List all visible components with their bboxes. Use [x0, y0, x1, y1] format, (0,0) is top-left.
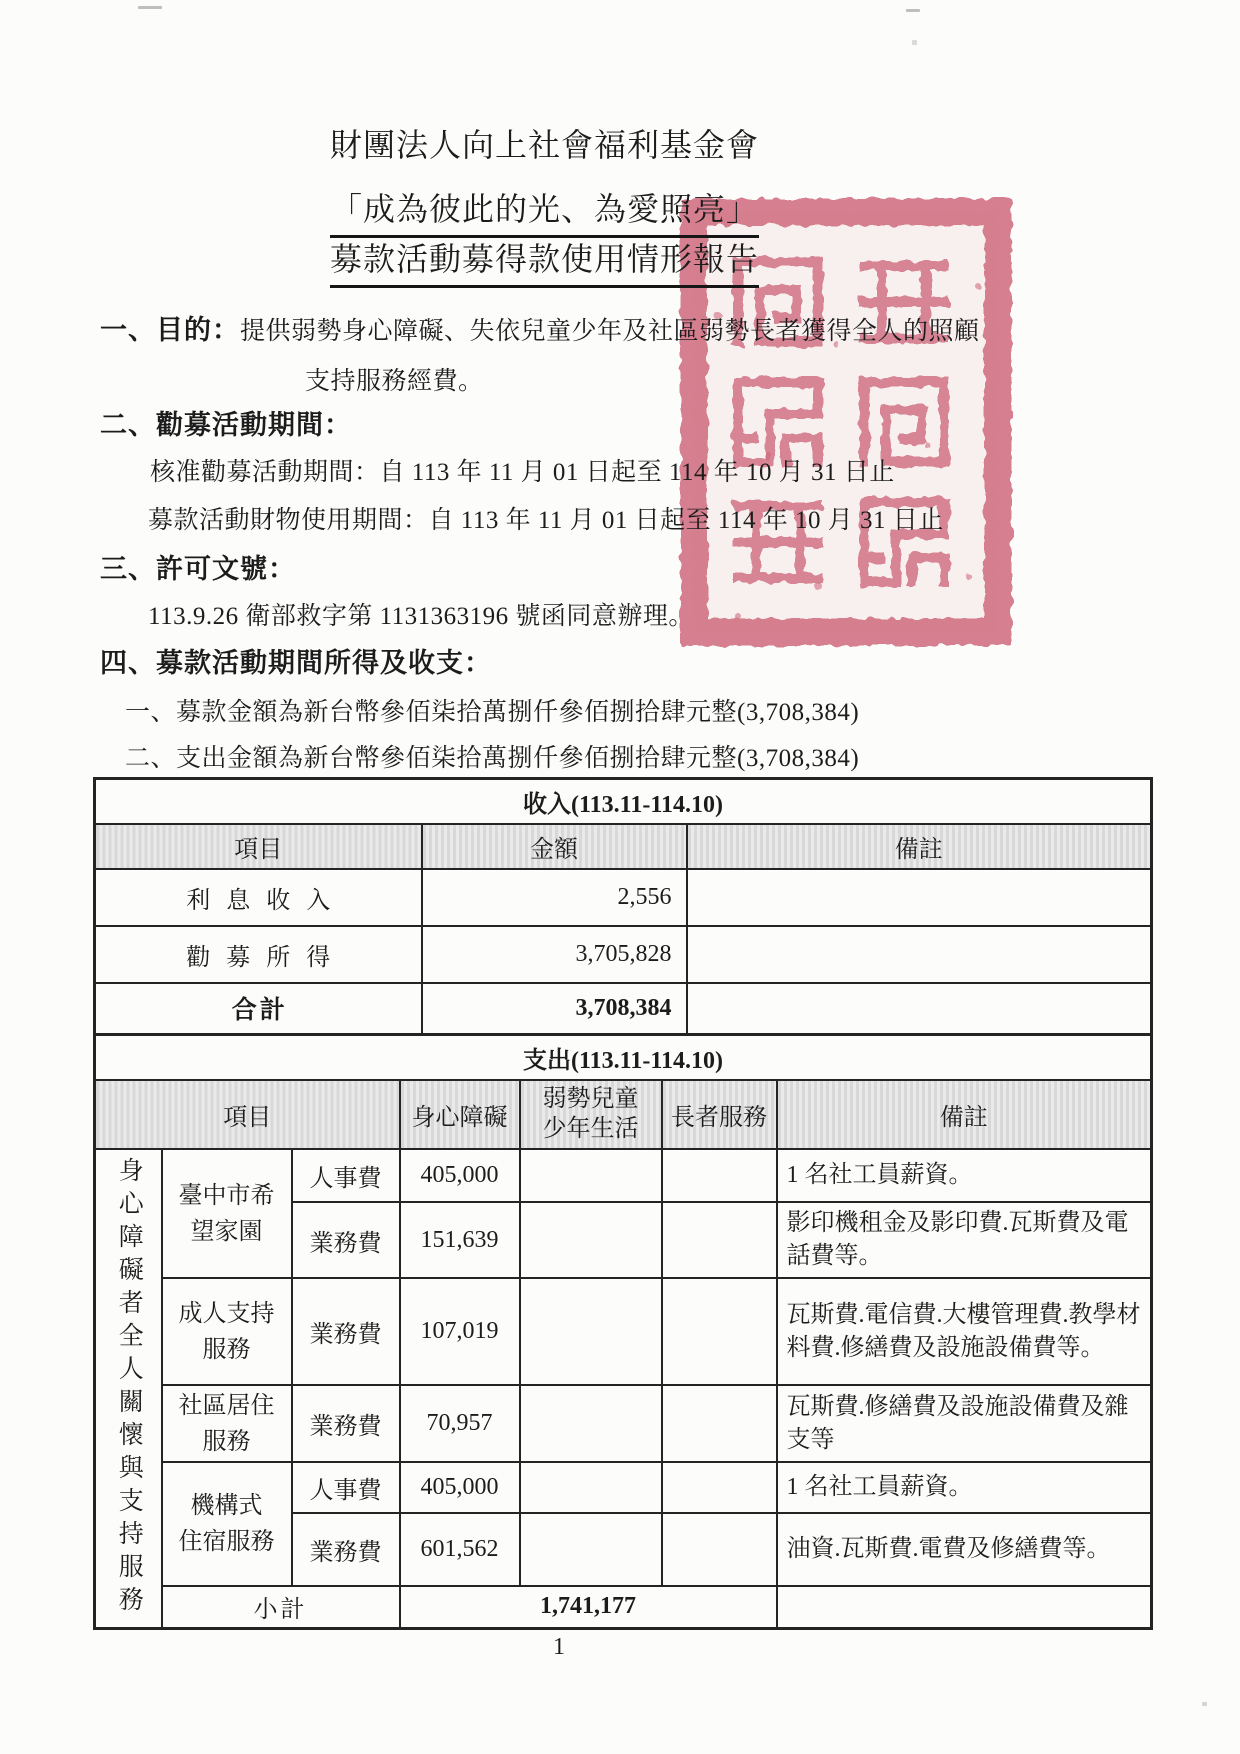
- expense-category-cell: 身心障礙者全人關懷與支持服務: [95, 1149, 162, 1628]
- expense-type-cell: 人事費: [292, 1149, 400, 1202]
- empty-cell: [662, 1149, 777, 1202]
- income-header-row: 項目 金額 備註: [95, 824, 1152, 869]
- expense-note-cell: 油資.瓦斯費.電費及修繕費等。: [777, 1513, 1152, 1586]
- income-total-note: [687, 983, 1152, 1034]
- page-number: 1: [553, 1634, 565, 1661]
- section4-heading: 四、募款活動期間所得及收支：: [100, 641, 492, 680]
- document-title-line2: 「成為彼此的光、為愛照亮」: [330, 184, 759, 238]
- expense-title-row: 支出(113.11-114.10): [95, 1034, 1152, 1080]
- section4-line1: 一、募款金額為新台幣參佰柒拾萬捌仟參佰捌拾肆元整(3,708,384): [125, 692, 859, 728]
- income-amount-cell: 2,556: [422, 869, 687, 926]
- scan-artifact: [1202, 1702, 1207, 1706]
- income-total-row: 合計 3,708,384: [95, 983, 1152, 1034]
- expense-subtotal-row: 小計 1,741,177: [95, 1586, 1152, 1628]
- expense-amount-cell: 405,000: [400, 1149, 520, 1202]
- expense-note-cell: 1 名社工員薪資。: [777, 1149, 1152, 1202]
- section2-heading: 二、勸募活動期間：: [100, 403, 352, 442]
- expense-row: 成人支持 服務 業務費 107,019 瓦斯費.電信費.大樓管理費.教學材料費.…: [95, 1278, 1152, 1385]
- expense-note-cell: 1 名社工員薪資。: [777, 1462, 1152, 1513]
- empty-cell: [520, 1385, 662, 1462]
- expense-group-cell: 臺中市希 望家園: [162, 1149, 292, 1278]
- income-note-cell: [687, 926, 1152, 983]
- section1-heading: 一、目的：: [100, 315, 240, 345]
- income-header-amount: 金額: [422, 824, 687, 869]
- expense-header-disability: 身心障礙: [400, 1080, 520, 1149]
- expense-amount-cell: 107,019: [400, 1278, 520, 1385]
- expense-amount-cell: 601,562: [400, 1513, 520, 1586]
- section1-text-cont: 支持服務經費。: [305, 361, 484, 397]
- section3-line1: 113.9.26 衛部救字第 1131363196 號函同意辦理。: [148, 596, 694, 632]
- income-item-cell: 利息收入: [95, 869, 422, 926]
- empty-cell: [520, 1513, 662, 1586]
- scan-artifact: [912, 40, 917, 45]
- expense-note-cell: 影印機租金及影印費.瓦斯費及電話費等。: [777, 1202, 1152, 1278]
- income-header-item: 項目: [95, 824, 422, 869]
- expense-type-cell: 人事費: [292, 1462, 400, 1513]
- expense-subtotal-note: [777, 1586, 1152, 1628]
- expense-header-note: 備註: [777, 1080, 1152, 1149]
- expense-subtotal-amount: 1,741,177: [400, 1586, 777, 1628]
- expense-row: 機構式 住宿服務 人事費 405,000 1 名社工員薪資。: [95, 1462, 1152, 1513]
- expense-table: 支出(113.11-114.10) 項目 身心障礙 弱勢兒童 少年生活 長者服務…: [93, 1033, 1153, 1630]
- income-row-interest: 利息收入 2,556: [95, 869, 1152, 926]
- expense-type-cell: 業務費: [292, 1278, 400, 1385]
- expense-header-item: 項目: [95, 1080, 400, 1149]
- empty-cell: [520, 1202, 662, 1278]
- expense-note-cell: 瓦斯費.修繕費及設施設備費及雜支等: [777, 1385, 1152, 1462]
- expense-row: 身心障礙者全人關懷與支持服務 臺中市希 望家園 人事費 405,000 1 名社…: [95, 1149, 1152, 1202]
- section1-text: 提供弱勢身心障礙、失依兒童少年及社區弱勢長者獲得全人的照顧: [240, 318, 980, 345]
- expense-note-cell: 瓦斯費.電信費.大樓管理費.教學材料費.修繕費及設施設備費等。: [777, 1278, 1152, 1385]
- expense-type-cell: 業務費: [292, 1513, 400, 1586]
- document-title-line1: 財團法人向上社會福利基金會: [330, 120, 759, 166]
- expense-group-cell: 社區居住 服務: [162, 1385, 292, 1462]
- expense-subtotal-label: 小計: [162, 1586, 400, 1628]
- expense-amount-cell: 151,639: [400, 1202, 520, 1278]
- section2-line1: 核准勸募活動期間：自 113 年 11 月 01 日起至 114 年 10 月 …: [150, 452, 895, 488]
- document-title-line3: 募款活動募得款使用情形報告: [330, 234, 759, 288]
- income-table: 收入(113.11-114.10) 項目 金額 備註 利息收入 2,556 勸募…: [93, 777, 1153, 1036]
- empty-cell: [662, 1202, 777, 1278]
- empty-cell: [662, 1462, 777, 1513]
- expense-row: 社區居住 服務 業務費 70,957 瓦斯費.修繕費及設施設備費及雜支等: [95, 1385, 1152, 1462]
- section3-heading: 三、許可文號：: [100, 547, 296, 586]
- expense-category-vertical-label: 身心障礙者全人關懷與支持服務: [113, 1157, 143, 1619]
- expense-group-cell: 機構式 住宿服務: [162, 1462, 292, 1586]
- expense-type-cell: 業務費: [292, 1202, 400, 1278]
- scan-artifact: [906, 9, 920, 12]
- empty-cell: [662, 1385, 777, 1462]
- expense-table-title: 支出(113.11-114.10): [95, 1034, 1152, 1080]
- empty-cell: [662, 1278, 777, 1385]
- income-item-cell: 勸募所得: [95, 926, 422, 983]
- expense-header-elderly: 長者服務: [662, 1080, 777, 1149]
- expense-type-cell: 業務費: [292, 1385, 400, 1462]
- income-title-row: 收入(113.11-114.10): [95, 779, 1152, 825]
- income-table-title: 收入(113.11-114.10): [95, 779, 1152, 825]
- section2-line2: 募款活動財物使用期間：自 113 年 11 月 01 日起至 114 年 10 …: [148, 500, 944, 536]
- expense-amount-cell: 70,957: [400, 1385, 520, 1462]
- expense-header-row: 項目 身心障礙 弱勢兒童 少年生活 長者服務 備註: [95, 1080, 1152, 1149]
- section4-line2: 二、支出金額為新台幣參佰柒拾萬捌仟參佰捌拾肆元整(3,708,384): [125, 738, 859, 774]
- income-total-label: 合計: [95, 983, 422, 1034]
- empty-cell: [662, 1513, 777, 1586]
- income-header-note: 備註: [687, 824, 1152, 869]
- scan-artifact: [138, 6, 162, 9]
- income-total-amount: 3,708,384: [422, 983, 687, 1034]
- income-note-cell: [687, 869, 1152, 926]
- empty-cell: [520, 1278, 662, 1385]
- income-amount-cell: 3,705,828: [422, 926, 687, 983]
- empty-cell: [520, 1149, 662, 1202]
- expense-group-cell: 成人支持 服務: [162, 1278, 292, 1385]
- expense-amount-cell: 405,000: [400, 1462, 520, 1513]
- empty-cell: [520, 1462, 662, 1513]
- tables-block: 收入(113.11-114.10) 項目 金額 備註 利息收入 2,556 勸募…: [93, 777, 1150, 1630]
- expense-header-children: 弱勢兒童 少年生活: [520, 1080, 662, 1149]
- income-row-donations: 勸募所得 3,705,828: [95, 926, 1152, 983]
